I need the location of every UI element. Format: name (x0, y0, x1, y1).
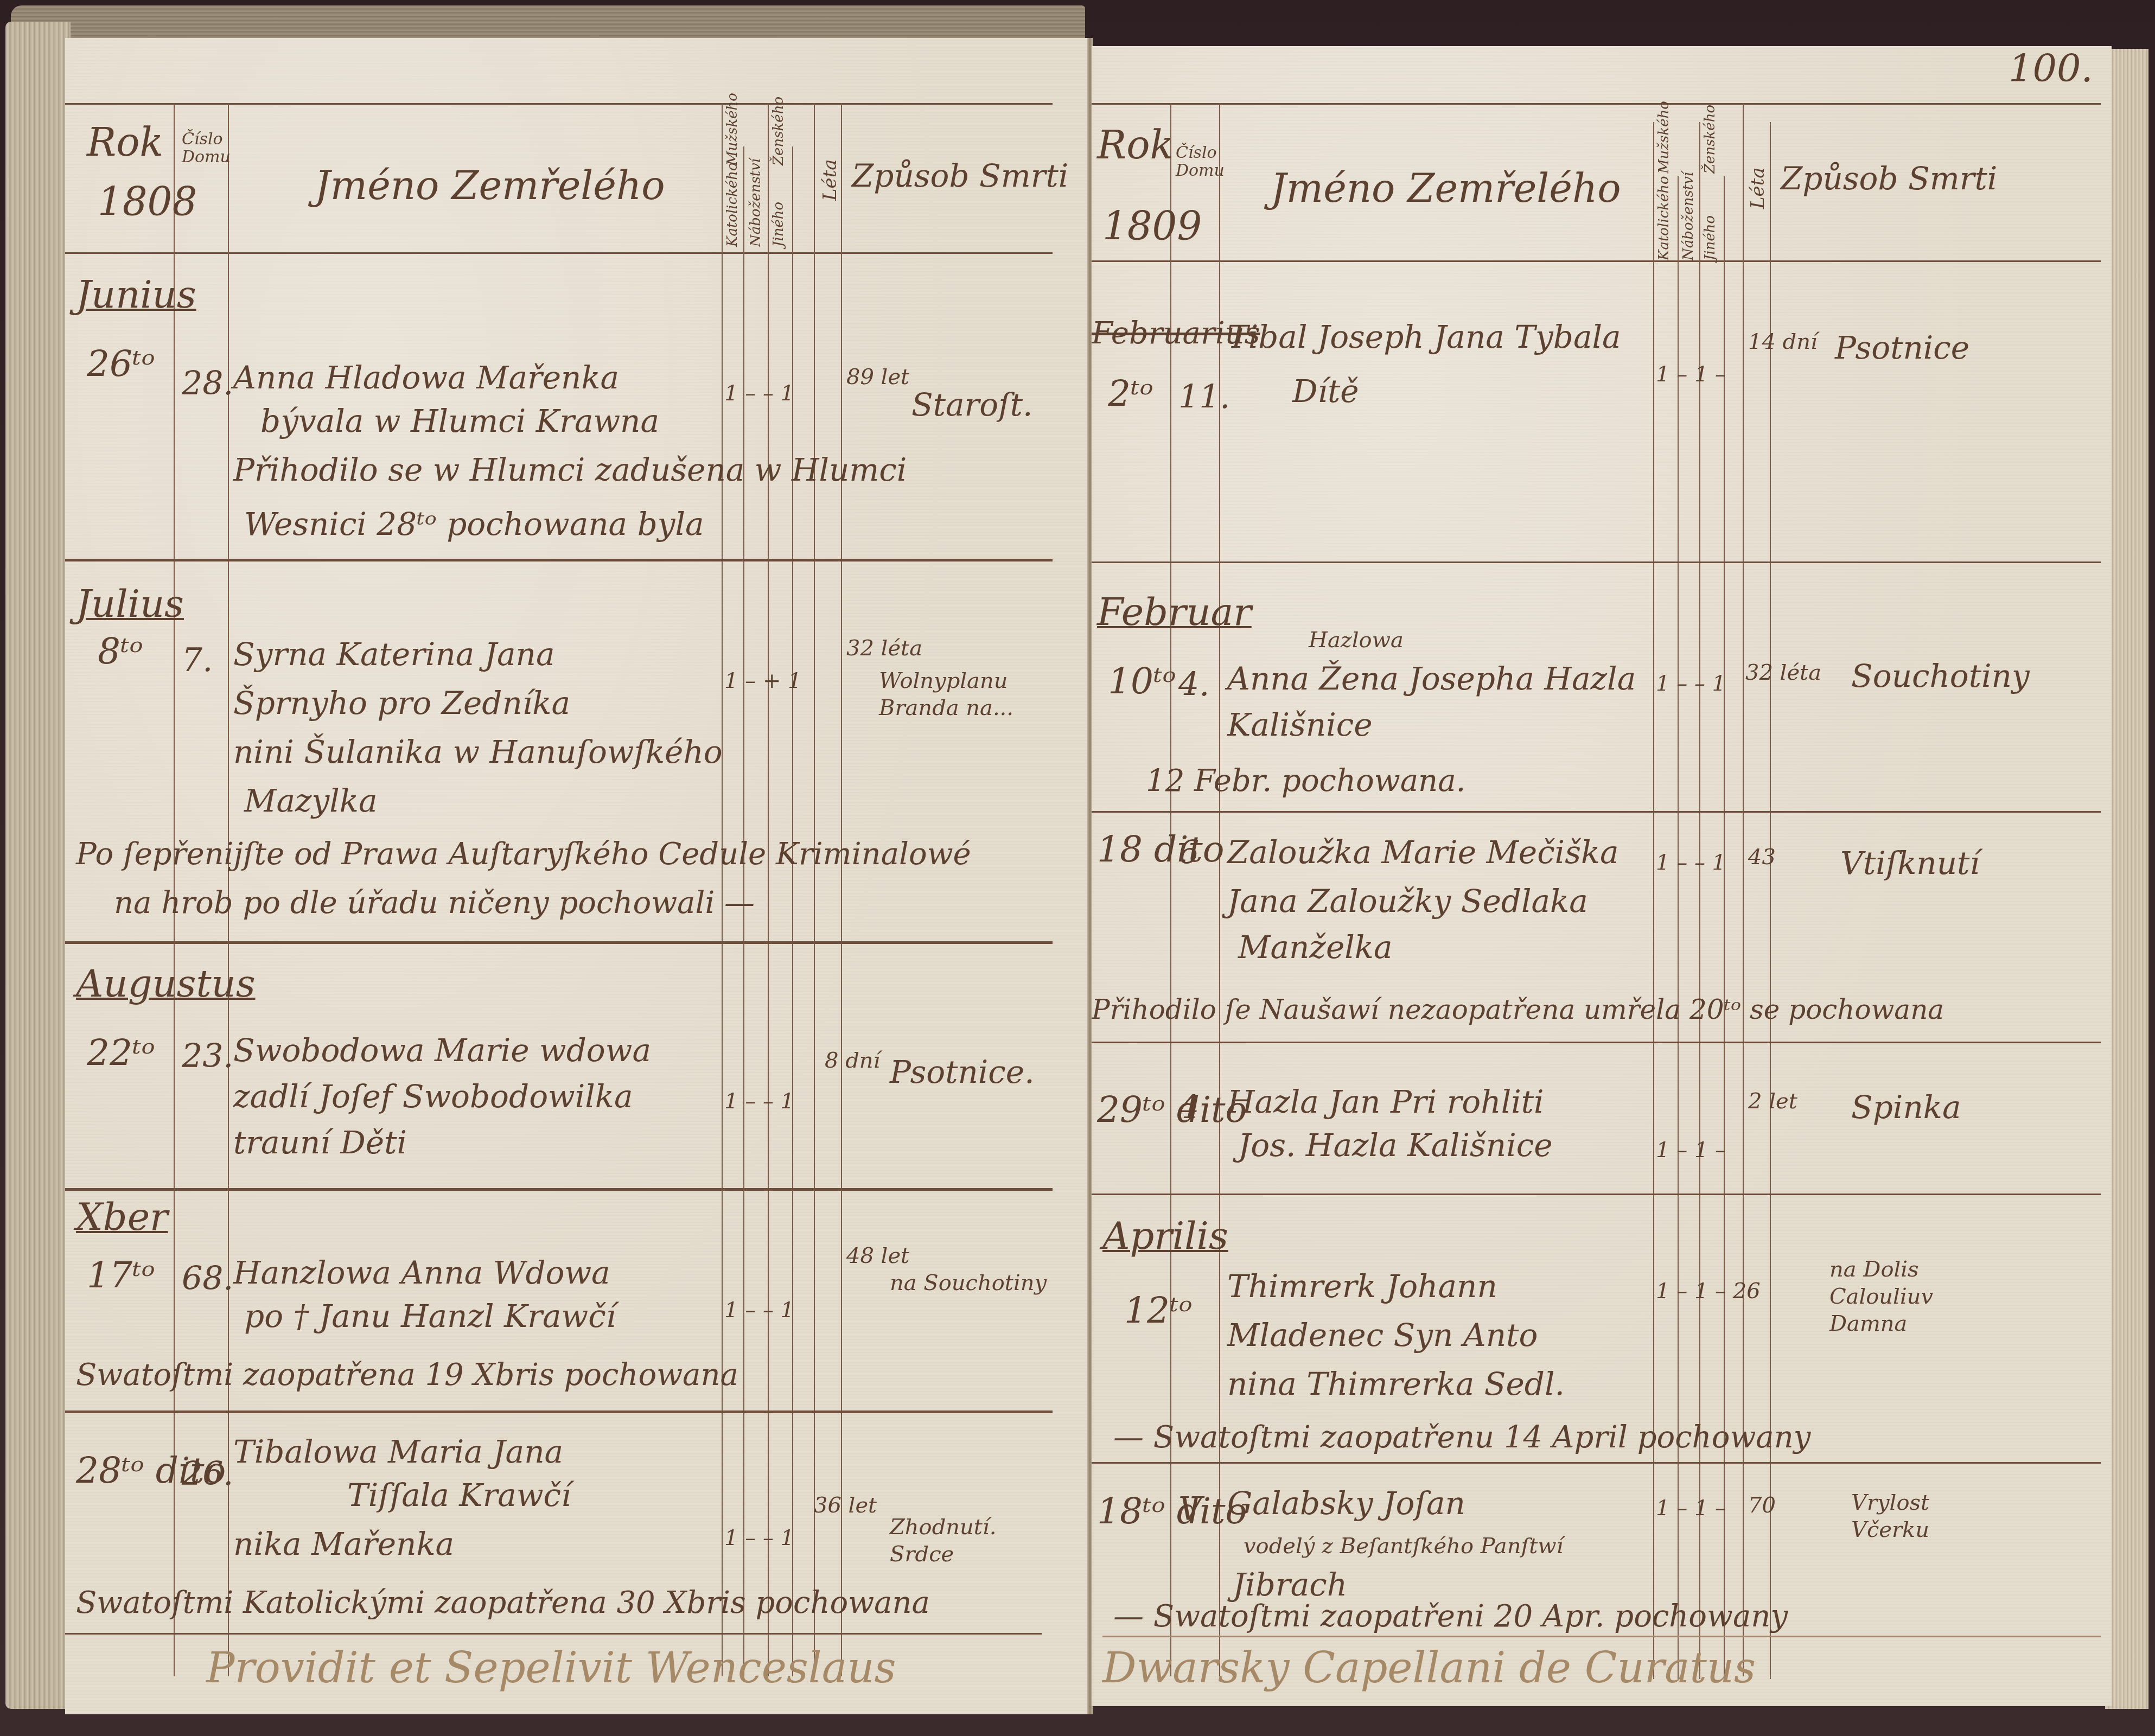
entry-name-line: Kališnice (1227, 705, 1373, 745)
entry-house: 4 (1178, 1088, 1199, 1128)
entry-cause: na Dolis Calouliuv Damna (1829, 1256, 1992, 1337)
year-label: Rok (87, 119, 163, 165)
entry-cause: Vtiſknutí (1840, 844, 1980, 883)
entry-separator (1092, 811, 2101, 813)
entry-name-line: Hazlowa (1309, 627, 1404, 654)
entry-counts: 1 – – 1 (1656, 849, 1726, 876)
entry-counts: 1 – 1 – (1656, 1137, 1726, 1164)
page-stack-left-edge (5, 22, 71, 1709)
entry-name-line: Swobodowa Marie wdowa (233, 1031, 651, 1070)
entry-note-line: 12 Febr. pochowana. (1146, 762, 1465, 800)
religion-header-catholic: Katolického (1656, 179, 1672, 260)
entry-note-line: — Swatoſtmi zaopatřenu 14 April pochowan… (1113, 1419, 1810, 1457)
religion-header-religion: Náboženství (1680, 179, 1697, 260)
entry-month: Xber (76, 1193, 168, 1241)
entry-age: 14 dní (1748, 328, 1818, 355)
entry-house: 23. (182, 1036, 233, 1077)
entry-separator (1092, 1042, 2101, 1043)
entry-cause: Psotnice. (890, 1052, 1035, 1092)
year: 1809 (1102, 203, 1202, 249)
open-register-book: Rok 1808 Číslo Domu Jméno Zemřelého Mužs… (0, 0, 2155, 1736)
entry-name-line: Hanzlowa Anna Wdowa (233, 1253, 610, 1293)
entry-counts: 1 – – 1 (724, 1088, 794, 1115)
entry-day: 2ᵗᵒ (1108, 372, 1153, 417)
entry-counts: 1 – – 1 (724, 380, 794, 407)
house-number-label: Číslo Domu (1176, 144, 1216, 180)
entry-name-line: nina Thimrerka Sedl. (1227, 1364, 1565, 1404)
cause-of-death-label: Způsob Smrti (1781, 160, 1997, 197)
entry-cause: Psotnice (1835, 328, 1969, 368)
entry-counts: 1 – + 1 (724, 667, 802, 694)
entry-age: 32 léta (846, 635, 922, 662)
entry-house: 28. (182, 363, 233, 404)
entry-counts: 1 – – 1 (724, 1524, 794, 1552)
entry-name-line: Hazla Jan Pri rohliti (1227, 1082, 1544, 1122)
year-label: Rok (1097, 122, 1174, 168)
entry-name-line: Anna Hladowa Mařenka (233, 358, 619, 398)
entry-day: 17ᵗᵒ (87, 1253, 155, 1298)
entry-separator (65, 1633, 1042, 1635)
entry-cause: Zhodnutí. Srdce (890, 1514, 1053, 1568)
gender-header-male: Mužského (1656, 125, 1672, 174)
entry-house: 11. (1178, 377, 1230, 418)
entry-house: 6 (1178, 833, 1199, 873)
entry-age: 43 (1748, 844, 1776, 871)
left-page: Rok 1808 Číslo Domu Jméno Zemřelého Mužs… (65, 38, 1092, 1714)
entry-separator (1092, 561, 2101, 563)
entry-note-line: — Swatoſtmi zaopatřeni 20 Apr. pochowany (1113, 1598, 1788, 1636)
entry-month: Augustus (76, 960, 256, 1008)
entry-house: 7. (182, 640, 213, 681)
entry-age: 48 let (846, 1242, 909, 1269)
age-header: Léta (1747, 138, 1769, 209)
entry-separator (1092, 1462, 2101, 1464)
entry-separator (65, 1188, 1053, 1191)
entry-house: 4. (1178, 665, 1209, 705)
entry-name-line: Tibal Joseph Jana Tybala (1227, 317, 1621, 357)
header-bottom-rule (65, 252, 1053, 254)
entry-separator (65, 941, 1053, 944)
entry-name-line: nika Mařenka (233, 1524, 454, 1564)
header-bottom-rule (1092, 260, 2101, 262)
entry-day: 22ᵗᵒ (87, 1031, 155, 1076)
entry-day: 18 dito (1097, 827, 1225, 872)
entry-name-line: Šprnyho pro Zedníka (233, 684, 570, 723)
entry-day: 8ᵗᵒ (98, 629, 143, 674)
entry-separator (65, 559, 1053, 561)
entry-name-line: Jos. Hazla Kališnice (1238, 1126, 1553, 1165)
entry-counts: 1 – 1 – (1656, 1495, 1726, 1522)
entry-counts: 1 – 1 – 26 (1656, 1278, 1761, 1305)
entry-name-line: bývala w Hlumci Krawna (260, 401, 659, 441)
cause-of-death-label: Způsob Smrti (852, 157, 1068, 194)
entry-name-line: po † Janu Hanzl Krawčí (244, 1297, 616, 1336)
entry-age: 36 let (814, 1492, 877, 1519)
entry-counts: 1 – 1 – (1656, 361, 1726, 388)
gender-header-female: Ženského (770, 111, 787, 165)
entry-cause: na Souchotiny (890, 1269, 1053, 1297)
entry-day: 10ᵗᵒ (1108, 659, 1176, 704)
entry-name-line: Mazylka (244, 781, 378, 821)
entry-name-line: trauní Děti (233, 1123, 407, 1163)
entry-name-line: Přihodilo se w Hlumci zadušena w Hlumci (233, 450, 907, 490)
entry-age: 32 léta (1745, 659, 1821, 686)
header-top-rule (65, 103, 1053, 105)
house-number-label: Číslo Domu (182, 130, 225, 166)
page-number: 100. (2009, 46, 2093, 91)
entry-age: 70 (1748, 1492, 1776, 1519)
religion-header-other: Jiného (770, 160, 787, 247)
religion-header-other: Jiného (1702, 179, 1718, 260)
column-rule (792, 146, 793, 1676)
entry-note-line: Po ſepřenijſte od Prawa Auſtaryſkého Ced… (76, 835, 971, 873)
entry-day: 12ᵗᵒ (1124, 1288, 1193, 1333)
entry-name-line: Zaloužka Marie Mečiška (1227, 833, 1619, 872)
entry-name-line: zadlí Joſef Swobodowilka (233, 1077, 633, 1116)
entry-separator (1102, 1636, 2101, 1637)
entry-name-line: nini Šulanika w Hanuſowſkého (233, 732, 723, 772)
entry-counts: 1 – – 1 (724, 1297, 794, 1324)
page-stack-right-edge (2105, 49, 2148, 1709)
entry-name-line: vodelý z Beſantſkého Panſtwí (1244, 1533, 1563, 1560)
right-page: 100. Rok 1809 Číslo Domu Jméno Zemřelého… (1092, 46, 2112, 1706)
gender-header-male: Mužského (724, 111, 741, 165)
entry-name-line: Jana Zaloužky Sedlaka (1227, 882, 1588, 921)
entry-cause: Wolnyplanu Branda na... (879, 667, 1058, 722)
entry-cause: Vrylost Včerku (1851, 1489, 1981, 1543)
entry-name-line: Thimrerk Johann (1227, 1267, 1497, 1306)
entry-name-line: Syrna Katerina Jana (233, 635, 555, 674)
entry-day: 29ᵗᵒ dito (1097, 1088, 1247, 1133)
entry-house: 26. (182, 1454, 233, 1495)
entry-day: 26ᵗᵒ (87, 342, 155, 387)
entry-separator (1092, 1193, 2101, 1195)
age-header: Léta (819, 130, 841, 201)
entry-name-line: Anna Žena Josepha Hazla (1227, 659, 1636, 699)
entry-month: Julius (76, 580, 184, 628)
gender-header-female: Ženského (1702, 125, 1718, 174)
entry-name-line: Galabsky Joſan (1227, 1484, 1465, 1523)
entry-counts: 1 – – 1 (1656, 670, 1726, 697)
priest-signature: Providit et Sepelivit Wenceslaus (206, 1644, 896, 1693)
entry-note-line: Swatoſtmi Katolickými zaopatřena 30 Xbri… (76, 1584, 930, 1622)
entry-house: 68. (182, 1259, 233, 1299)
entry-name-line: Wesnici 28ᵗᵒ pochowana byla (244, 505, 704, 544)
entry-month: Februar (1097, 589, 1252, 636)
entry-age: 2 let (1748, 1088, 1797, 1115)
religion-header-religion: Náboženství (748, 160, 764, 247)
entry-name-line: Dítě (1292, 372, 1359, 411)
column-rule (841, 103, 842, 1676)
header-top-rule (1092, 103, 2101, 105)
entry-house: V (1178, 1489, 1202, 1530)
entry-name-line: Mladenec Syn Anto (1227, 1316, 1538, 1355)
entry-name-line: Tibalowa Maria Jana (233, 1432, 563, 1472)
priest-signature: Dwarsky Capellani de Curatus (1102, 1644, 1756, 1693)
entry-age: 89 let (846, 363, 909, 391)
entry-name-line: Swatoſtmi zaopatřena 19 Xbris pochowana (76, 1356, 738, 1394)
year: 1808 (98, 179, 197, 225)
entry-month: Aprilis (1102, 1212, 1228, 1260)
entry-day: 18ᵗᵒ dito (1097, 1489, 1247, 1534)
entry-note-line: na hrob po dle úřadu ničeny pochowali — (114, 884, 755, 922)
entry-cause: Staroſt. (911, 385, 1032, 425)
entry-cause: Spinka (1851, 1088, 1961, 1127)
name-column-label: Jméno Zemřelého (1271, 165, 1621, 211)
entry-month: Junius (76, 271, 196, 319)
entry-cause: Souchotiny (1851, 656, 2030, 696)
column-rule (768, 103, 769, 1676)
entry-note-line: Přihodilo ſe Naušawí nezaopatřena umřela… (1092, 993, 1944, 1027)
name-column-label: Jméno Zemřelého (315, 163, 665, 208)
entry-separator (65, 1410, 1053, 1413)
religion-header-catholic: Katolického (724, 160, 741, 247)
entry-name-line: Manželka (1238, 928, 1392, 967)
entry-name-line: Tiſſala Krawčí (347, 1476, 571, 1515)
column-rule (814, 103, 815, 1676)
entry-age: 8 dní (825, 1047, 880, 1074)
